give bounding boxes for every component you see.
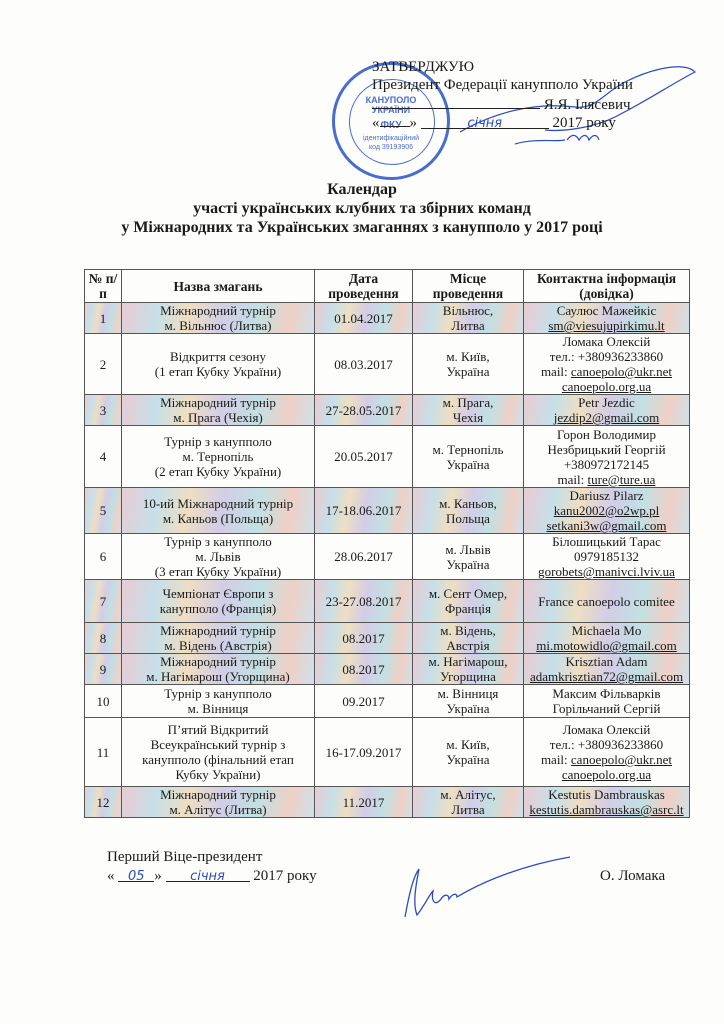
cell-name-line: Турнір з канупполо [124,434,312,449]
cell-place-line: м. Відень, [415,623,521,638]
table-row: 4Турнір з канупполом. Тернопіль(2 етап К… [85,426,690,488]
footer-day-handwritten: 05 [118,867,154,882]
cell-number: 6 [85,534,122,580]
cell-contact: Petr Jezdicjezdip2@gmail.com [524,395,690,426]
cell-contact-line[interactable]: setkani3w@gmail.com [526,518,687,533]
cell-contact-line: France canoepolo comitee [526,594,687,609]
competition-calendar-table: № п/п Назва змагань Дата проведення Місц… [84,269,690,818]
email-link[interactable]: canoepolo@ukr.net [571,364,672,379]
table-row: 11П’ятий ВідкритийВсеукраїнський турнір … [85,718,690,787]
cell-place-line: Австрія [415,638,521,653]
cell-contact-line: тел.: +380936233860 [526,737,687,752]
email-link[interactable]: canoepolo@ukr.net [571,752,672,767]
cell-number: 2 [85,334,122,395]
cell-place: м. Київ,Україна [413,718,524,787]
cell-place: Вільнюс,Литва [413,303,524,334]
cell-contact-line[interactable]: jezdip2@gmail.com [526,410,687,425]
header-contact: Контактна інформація (довідка) [524,270,690,303]
cell-name-line: м. Вільнюс (Литва) [124,318,312,333]
cell-contact-line: Максим Фільварків [526,686,687,701]
cell-place-line: м. Каньов, [415,496,521,511]
cell-date: 20.05.2017 [315,426,413,488]
cell-contact-line[interactable]: canoepolo.org.ua [526,379,687,394]
cell-place-line: Угорщина [415,669,521,684]
cell-name-line: Міжнародний турнір [124,787,312,802]
cell-name-line: Турнір з канупполо [124,686,312,701]
cell-contact: Krisztian Adamadamkrisztian72@gmail.com [524,654,690,685]
cell-contact-line: Ломака Олексій [526,722,687,737]
header-place: Місце проведення [413,270,524,303]
vice-president-date: « 05» січня 2017 року [107,867,317,886]
cell-name-line: м. Тернопіль [124,449,312,464]
cell-name-line: м. Алітус (Литва) [124,802,312,817]
cell-date: 17-18.06.2017 [315,488,413,534]
cell-name-line: м. Львів [124,549,312,564]
cell-name: Відкриття сезону(1 етап Кубку України) [122,334,315,395]
vice-president-name: О. Ломака [600,868,665,885]
cell-contact-line: Ломака Олексій [526,334,687,349]
cell-contact-line: Krisztian Adam [526,654,687,669]
cell-number: 9 [85,654,122,685]
cell-name-line: канупполо (фінальний етап [124,752,312,767]
cell-number: 4 [85,426,122,488]
cell-date: 11.2017 [315,787,413,818]
cell-contact-line: Dariusz Pilarz [526,488,687,503]
approval-heading: ЗАТВЕРДЖУЮ [372,58,474,77]
cell-date: 08.2017 [315,623,413,654]
cell-contact-line: Саулюс Мажейкіс [526,303,687,318]
cell-contact: Саулюс Мажейкісsm@viesujupirkimu.lt [524,303,690,334]
cell-place-line: Україна [415,364,521,379]
cell-number: 11 [85,718,122,787]
table-row: 8Міжнародний турнірм. Відень (Австрія)08… [85,623,690,654]
cell-place-line: м. Тернопіль [415,442,521,457]
cell-name-line: м. Нагімарош (Угорщина) [124,669,312,684]
cell-date: 23-27.08.2017 [315,580,413,623]
cell-name-line: Кубку України) [124,767,312,782]
footer-quote-open: « [107,868,115,884]
cell-date: 27-28.05.2017 [315,395,413,426]
stamp-text-4: ідентифікаційний [335,135,447,142]
cell-name-line: Відкриття сезону [124,349,312,364]
cell-contact: Ломака Олексійтел.: +380936233860mail: c… [524,718,690,787]
cell-contact-line: тел.: +380936233860 [526,349,687,364]
cell-contact: Максим ФільварківГорільчаний Сергій [524,685,690,718]
cell-contact-line[interactable]: mi.motowidlo@gmail.com [526,638,687,653]
cell-name-line: Міжнародний турнір [124,654,312,669]
cell-contact-line: Білошицький Тарас [526,534,687,549]
table-header-row: № п/п Назва змагань Дата проведення Місц… [85,270,690,303]
cell-date: 08.03.2017 [315,334,413,395]
cell-contact-line[interactable]: gorobets@manivci.lviv.ua [526,564,687,579]
table-body: 1Міжнародний турнірм. Вільнюс (Литва)01.… [85,303,690,818]
cell-name: Турнір з канупполом. Вінниця [122,685,315,718]
cell-place-line: м. Нагімарош, [415,654,521,669]
table-row: 3Міжнародний турнірм. Прага (Чехія)27-28… [85,395,690,426]
header-date: Дата проведення [315,270,413,303]
cell-contact: Білошицький Тарас0979185132gorobets@mani… [524,534,690,580]
header-number: № п/п [85,270,122,303]
cell-place-line: м. Київ, [415,737,521,752]
cell-place-line: м. Львів [415,542,521,557]
cell-contact-line: mail: canoepolo@ukr.net [526,364,687,379]
vice-president-block: Перший Віце-президент « 05» січня 2017 р… [107,848,317,886]
cell-contact-line: Michaela Mo [526,623,687,638]
cell-contact-line: Petr Jezdic [526,395,687,410]
cell-name: П’ятий ВідкритийВсеукраїнський турнір зк… [122,718,315,787]
cell-place: м. Каньов,Польща [413,488,524,534]
cell-date: 16-17.09.2017 [315,718,413,787]
cell-contact-line: Незбрицький Георгій [526,442,687,457]
cell-place-line: м. Алітус, [415,787,521,802]
cell-contact: France canoepolo comitee [524,580,690,623]
cell-name-line: канупполо (Франція) [124,601,312,616]
table-row: 10Турнір з канупполом. Вінниця09.2017м. … [85,685,690,718]
table-row: 510-ий Міжнародний турнірм. Каньов (Поль… [85,488,690,534]
cell-name: Чемпіонат Європи зканупполо (Франція) [122,580,315,623]
cell-name-line: Міжнародний турнір [124,395,312,410]
approval-year: 2017 року [553,115,616,131]
title-line-1: Календар [0,180,724,200]
cell-place-line: Чехія [415,410,521,425]
cell-place: м. Сент Омер,Франція [413,580,524,623]
cell-contact-line[interactable]: adamkrisztian72@gmail.com [526,669,687,684]
cell-contact: Dariusz Pilarzkanu2002@o2wp.plsetkani3w@… [524,488,690,534]
title-line-2: участі українських клубних та збірних ко… [0,199,724,219]
cell-contact-line: mail: ture@ture.ua [526,472,687,487]
cell-place-line: Україна [415,701,521,716]
stamp-text-5: код 39193906 [335,144,447,151]
cell-name-line: 10-ий Міжнародний турнір [124,496,312,511]
cell-place: м. Київ,Україна [413,334,524,395]
cell-place: м. ТернопільУкраїна [413,426,524,488]
cell-name-line: Чемпіонат Європи з [124,586,312,601]
cell-place-line: Україна [415,752,521,767]
table-row: 2Відкриття сезону(1 етап Кубку України)0… [85,334,690,395]
cell-name: Турнір з канупполом. Львів(3 етап Кубку … [122,534,315,580]
table-row: 7Чемпіонат Європи зканупполо (Франція)23… [85,580,690,623]
cell-place-line: м. Київ, [415,349,521,364]
cell-place-line: Україна [415,557,521,572]
cell-name: Міжнародний турнірм. Прага (Чехія) [122,395,315,426]
cell-name: Міжнародний турнірм. Алітус (Литва) [122,787,315,818]
table-row: 9Міжнародний турнірм. Нагімарош (Угорщин… [85,654,690,685]
cell-place-line: Литва [415,318,521,333]
email-link[interactable]: ture@ture.ua [588,472,656,487]
table-row: 1Міжнародний турнірм. Вільнюс (Литва)01.… [85,303,690,334]
cell-name-line: Міжнародний турнір [124,303,312,318]
cell-name-line: Всеукраїнський турнір з [124,737,312,752]
cell-contact-line[interactable]: kanu2002@o2wp.pl [526,503,687,518]
cell-number: 10 [85,685,122,718]
cell-name: Турнір з канупполом. Тернопіль(2 етап Ку… [122,426,315,488]
approval-month-handwritten: січня [421,114,549,129]
cell-name-line: П’ятий Відкритий [124,722,312,737]
cell-contact-line: Горон Володимир [526,427,687,442]
cell-place-line: Україна [415,457,521,472]
date-quote-close: » [410,115,418,131]
cell-number: 3 [85,395,122,426]
cell-contact: Michaela Momi.motowidlo@gmail.com [524,623,690,654]
cell-place-line: Франція [415,601,521,616]
cell-contact-line[interactable]: sm@viesujupirkimu.lt [526,318,687,333]
cell-name: Міжнародний турнірм. Вільнюс (Литва) [122,303,315,334]
cell-contact-line: Kestutis Dambrauskas [526,787,687,802]
cell-number: 8 [85,623,122,654]
cell-name-line: (3 етап Кубку України) [124,564,312,579]
cell-place-line: Польща [415,511,521,526]
header-name: Назва змагань [122,270,315,303]
cell-contact-line: +380972172145 [526,457,687,472]
table-row: 12Міжнародний турнірм. Алітус (Литва)11.… [85,787,690,818]
cell-place: м. ВінницяУкраїна [413,685,524,718]
vice-president-signature-icon [395,855,575,925]
cell-contact-line: mail: canoepolo@ukr.net [526,752,687,767]
cell-name: 10-ий Міжнародний турнірм. Каньов (Польщ… [122,488,315,534]
title-line-3: у Міжнародних та Українських змаганнях з… [0,218,724,238]
cell-number: 12 [85,787,122,818]
cell-date: 09.2017 [315,685,413,718]
cell-number: 1 [85,303,122,334]
cell-contact-line: 0979185132 [526,549,687,564]
cell-name-line: м. Прага (Чехія) [124,410,312,425]
cell-date: 28.06.2017 [315,534,413,580]
approval-name: Я.Я. Ілясевич [544,97,631,113]
cell-name-line: (2 етап Кубку України) [124,464,312,479]
approval-position: Президент Федерації канупполо України [372,76,633,95]
cell-name-line: Турнір з канупполо [124,534,312,549]
cell-place: м. Відень,Австрія [413,623,524,654]
cell-contact: Горон ВолодимирНезбрицький Георгій+38097… [524,426,690,488]
cell-name-line: Міжнародний турнір [124,623,312,638]
cell-number: 7 [85,580,122,623]
cell-contact-line[interactable]: kestutis.dambrauskas@asrc.lt [526,802,687,817]
approval-date-line: «» січня 2017 року [372,112,616,133]
cell-place: м. Прага,Чехія [413,395,524,426]
cell-name-line: м. Вінниця [124,701,312,716]
cell-contact: Ломака Олексійтел.: +380936233860mail: c… [524,334,690,395]
cell-place: м. Нагімарош,Угорщина [413,654,524,685]
cell-name-line: м. Каньов (Польща) [124,511,312,526]
cell-number: 5 [85,488,122,534]
cell-place-line: Литва [415,802,521,817]
cell-contact-line: Горільчаний Сергій [526,701,687,716]
cell-date: 08.2017 [315,654,413,685]
cell-contact: Kestutis Dambrauskaskestutis.dambrauskas… [524,787,690,818]
cell-place-line: м. Вінниця [415,686,521,701]
vice-president-position: Перший Віце-президент [107,848,317,867]
cell-name: Міжнародний турнірм. Відень (Австрія) [122,623,315,654]
cell-date: 01.04.2017 [315,303,413,334]
footer-month-handwritten: січня [166,867,250,882]
date-quote-open: « [372,115,380,131]
cell-place: м. ЛьвівУкраїна [413,534,524,580]
footer-year: 2017 року [253,868,316,884]
cell-place-line: м. Прага, [415,395,521,410]
cell-name-line: м. Відень (Австрія) [124,638,312,653]
cell-place-line: м. Сент Омер, [415,586,521,601]
cell-name: Міжнародний турнірм. Нагімарош (Угорщина… [122,654,315,685]
cell-contact-line[interactable]: canoepolo.org.ua [526,767,687,782]
cell-place-line: Вільнюс, [415,303,521,318]
table-row: 6Турнір з канупполом. Львів(3 етап Кубку… [85,534,690,580]
footer-quote-close: » [154,868,162,884]
cell-name-line: (1 етап Кубку України) [124,364,312,379]
cell-place: м. Алітус,Литва [413,787,524,818]
